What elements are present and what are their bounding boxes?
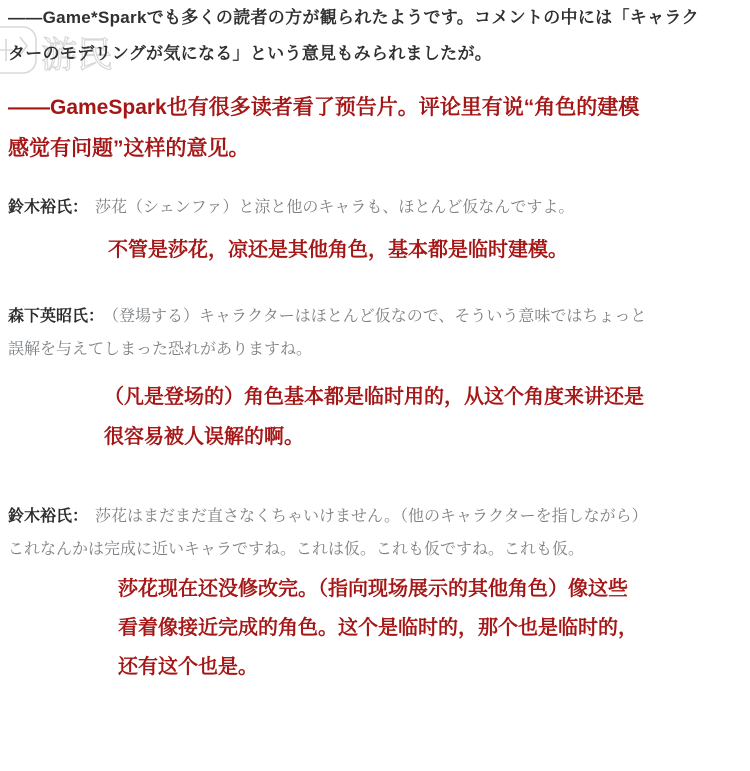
speaker-name: 森下英昭氏： [8,308,104,325]
translation-chinese-1: 不管是莎花，凉还是其他角色，基本都是临时建模。 [8,230,742,270]
translation-line: （凡是登场的）角色基本都是临时用的，从这个角度来讲还是 [104,377,742,417]
speech-text: 莎花（シェンファ）と涼と他のキャラも、ほとんど仮なんですよ。 [95,199,574,216]
translation-line: 不管是莎花，凉还是其他角色，基本都是临时建模。 [108,230,742,270]
translation-line: 看着像接近完成的角色。这个是临时的，那个也是临时的， [118,609,742,648]
speaker-name: 鈴木裕氏： [8,199,88,216]
speech-text: （登場する）キャラクターはほとんど仮なので、そういう意味ではちょっと [111,308,646,325]
translation-chinese-3: 莎花现在还没修改完。（指向现场展示的其他角色）像这些 看着像接近完成的角色。这个… [8,570,742,687]
interviewer-question-japanese: ――Game*Sparkでも多くの読者の方が観られたようです。コメントの中には「… [8,0,742,72]
translation-line: 莎花现在还没修改完。（指向现场展示的其他角色）像这些 [118,570,742,609]
translation-line: 很容易被人误解的啊。 [104,417,742,457]
translation-line: 还有这个也是。 [118,648,742,687]
translation-chinese-2: （凡是登场的）角色基本都是临时用的，从这个角度来讲还是 很容易被人误解的啊。 [8,377,742,457]
question-zh-line: ――GameSpark也有很多读者看了预告片。评论里有说“角色的建模 [8,87,742,128]
question-ja-line: ターのモデリングが気になる」という意見もみられましたが。 [8,36,742,72]
interviewer-question-chinese: ――GameSpark也有很多读者看了预告片。评论里有说“角色的建模 感觉有问题… [8,87,742,169]
speaker-paragraph-suzuki-2: 鈴木裕氏：莎花はまだまだ直さなくちゃいけません。（他のキャラクターを指しながら）… [8,500,742,566]
question-zh-line: 感觉有问题”这样的意见。 [8,128,742,169]
speech-line: 鈴木裕氏：莎花（シェンファ）と涼と他のキャラも、ほとんど仮なんですよ。 [8,191,742,224]
speaker-paragraph-suzuki-1: 鈴木裕氏：莎花（シェンファ）と涼と他のキャラも、ほとんど仮なんですよ。 [8,191,742,224]
speech-line: 誤解を与えてしまった恐れがありますね。 [8,333,742,366]
speech-line: 鈴木裕氏：莎花はまだまだ直さなくちゃいけません。（他のキャラクターを指しながら） [8,500,742,533]
speech-text: 莎花はまだまだ直さなくちゃいけません。（他のキャラクターを指しながら） [95,508,648,525]
speaker-paragraph-morishita: 森下英昭氏：（登場する）キャラクターはほとんど仮なので、そういう意味ではちょっと… [8,300,742,366]
speaker-name: 鈴木裕氏： [8,508,88,525]
article-body: ――Game*Sparkでも多くの読者の方が観られたようです。コメントの中には「… [0,0,750,687]
question-ja-line: ――Game*Sparkでも多くの読者の方が観られたようです。コメントの中には「… [8,0,742,36]
speech-line: 森下英昭氏：（登場する）キャラクターはほとんど仮なので、そういう意味ではちょっと [8,300,742,333]
speech-line: これなんかは完成に近いキャラですね。これは仮。これも仮ですね。これも仮。 [8,533,742,566]
